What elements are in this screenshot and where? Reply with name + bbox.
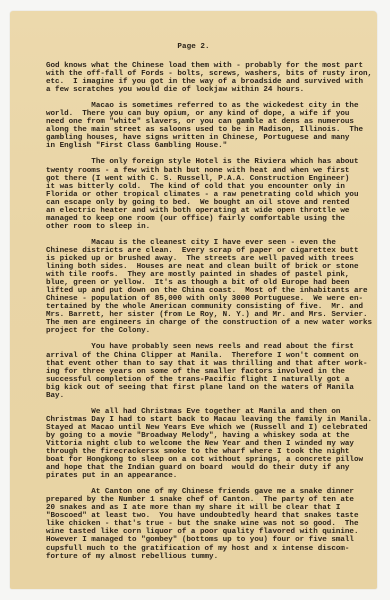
text-line: lining both sides. Houses are neat and c…: [46, 263, 356, 271]
text-line: "Boscoed" at least two. You have undoubt…: [46, 512, 356, 520]
text-line: along the main street as saloons used to…: [46, 126, 356, 134]
text-line: successful completion of the trans-Pacif…: [46, 376, 356, 384]
text-line: We all had Christmas Eve together at Man…: [46, 408, 356, 416]
text-line: in English "First Class Gambling House.": [46, 142, 356, 150]
text-line: with tile roofs. They are mostly painted…: [46, 271, 356, 279]
text-line: Florida or other tropical climates - a r…: [46, 191, 356, 199]
text-line: However I managed to "gombey" (bottoms u…: [46, 536, 356, 544]
text-line: through the firecrackersx smoke to the w…: [46, 448, 356, 456]
text-line: it was bitterly cold. The kind of cold t…: [46, 183, 356, 191]
text-line: that event other than to say that it was…: [46, 360, 356, 368]
paragraph: At Canton one of my Chinese friends gave…: [46, 488, 356, 560]
text-line: can escape only by going to bed. We boug…: [46, 199, 356, 207]
paragraph: The only foreign style Hotel is the Rivi…: [46, 158, 356, 230]
text-line: Mrs. Barrett, her sister (from Le Roy, N…: [46, 311, 356, 319]
text-line: by going to a movie "Broadway Melody", h…: [46, 432, 356, 440]
text-line: a few scratches you would die of lockjaw…: [46, 86, 356, 94]
text-line: big kick out of seeing that first plane …: [46, 384, 356, 392]
text-line: arrival of the China Clipper at Manila. …: [46, 352, 356, 360]
text-line: cupsfull much to the gratification of my…: [46, 545, 356, 553]
text-line: is picked up or brushed away. The street…: [46, 255, 356, 263]
text-line: Chinese - population of 85,000 with only…: [46, 295, 356, 303]
text-line: Macao is sometimes referred to as the wi…: [46, 102, 356, 110]
paragraph: Macau is the cleanest city I have ever s…: [46, 239, 356, 336]
text-line: Chinese districts are clean. Every scrap…: [46, 247, 356, 255]
paragraph: You have probably seen news reels and re…: [46, 343, 356, 399]
text-line: The only foreign style Hotel is the Rivi…: [46, 158, 356, 166]
text-line: need one from "white" slavers, or you ca…: [46, 118, 356, 126]
paragraph: Macao is sometimes referred to as the wi…: [46, 102, 356, 150]
text-line: etc. I imagine if you got in the way of …: [46, 78, 356, 86]
text-line: like chicken - that's true - but the sna…: [46, 520, 356, 528]
text-line: tertained by the whole American communit…: [46, 303, 356, 311]
page-heading: Page 2.: [10, 43, 377, 51]
text-line: wine tasted like corn liquor of a poor q…: [46, 528, 356, 536]
letter-body: God knows what the Chinese load them wit…: [46, 62, 356, 569]
text-line: with the off-fall of Fords - bolts, scre…: [46, 70, 356, 78]
text-line: God knows what the Chinese load them wit…: [46, 62, 356, 70]
paragraph: God knows what the Chinese load them wit…: [46, 62, 356, 94]
text-line: Stayed at Macao until New Years Eve whic…: [46, 424, 356, 432]
text-line: boat for Hongkong to sleep on a cot with…: [46, 456, 356, 464]
text-line: project for the Colony.: [46, 327, 356, 335]
text-line: 20 snakes and as I ate more than my shar…: [46, 504, 356, 512]
text-line: and hope that the Indian guard on board …: [46, 464, 356, 472]
text-line: You have probably seen news reels and re…: [46, 343, 356, 351]
text-line: Bay.: [46, 392, 356, 400]
text-line: At Canton one of my Chinese friends gave…: [46, 488, 356, 496]
text-line: Vittoria night club to welcome the New Y…: [46, 440, 356, 448]
typewritten-page: Page 2. God knows what the Chinese load …: [10, 11, 377, 589]
text-line: ing for three years on some of the small…: [46, 368, 356, 376]
text-line: The men are engineers in charge of the c…: [46, 319, 356, 327]
paragraph: We all had Christmas Eve together at Man…: [46, 408, 356, 480]
text-line: Macau is the cleanest city I have ever s…: [46, 239, 356, 247]
text-line: twenty rooms - a few with bath but none …: [46, 167, 356, 175]
text-line: world. There you can buy opium, or any k…: [46, 110, 356, 118]
text-line: blue, green or yellow. It's as though a …: [46, 279, 356, 287]
text-line: Christmas Day I had to start back to Mac…: [46, 416, 356, 424]
text-line: forture of my almost rebellious tummy.: [46, 553, 356, 561]
text-line: got there (I went with C. S. Russell, P.…: [46, 175, 356, 183]
text-line: managed to keep one room (our office) fa…: [46, 215, 356, 223]
text-line: an electric heater and with both operati…: [46, 207, 356, 215]
text-line: lifted up and put down on the China coas…: [46, 287, 356, 295]
text-line: gambling houses, have signs written in C…: [46, 134, 356, 142]
text-line: other room to sleep in.: [46, 223, 356, 231]
text-line: prepared by the Number 1 snake chef of C…: [46, 496, 356, 504]
text-line: pirates put in an appearance.: [46, 472, 356, 480]
